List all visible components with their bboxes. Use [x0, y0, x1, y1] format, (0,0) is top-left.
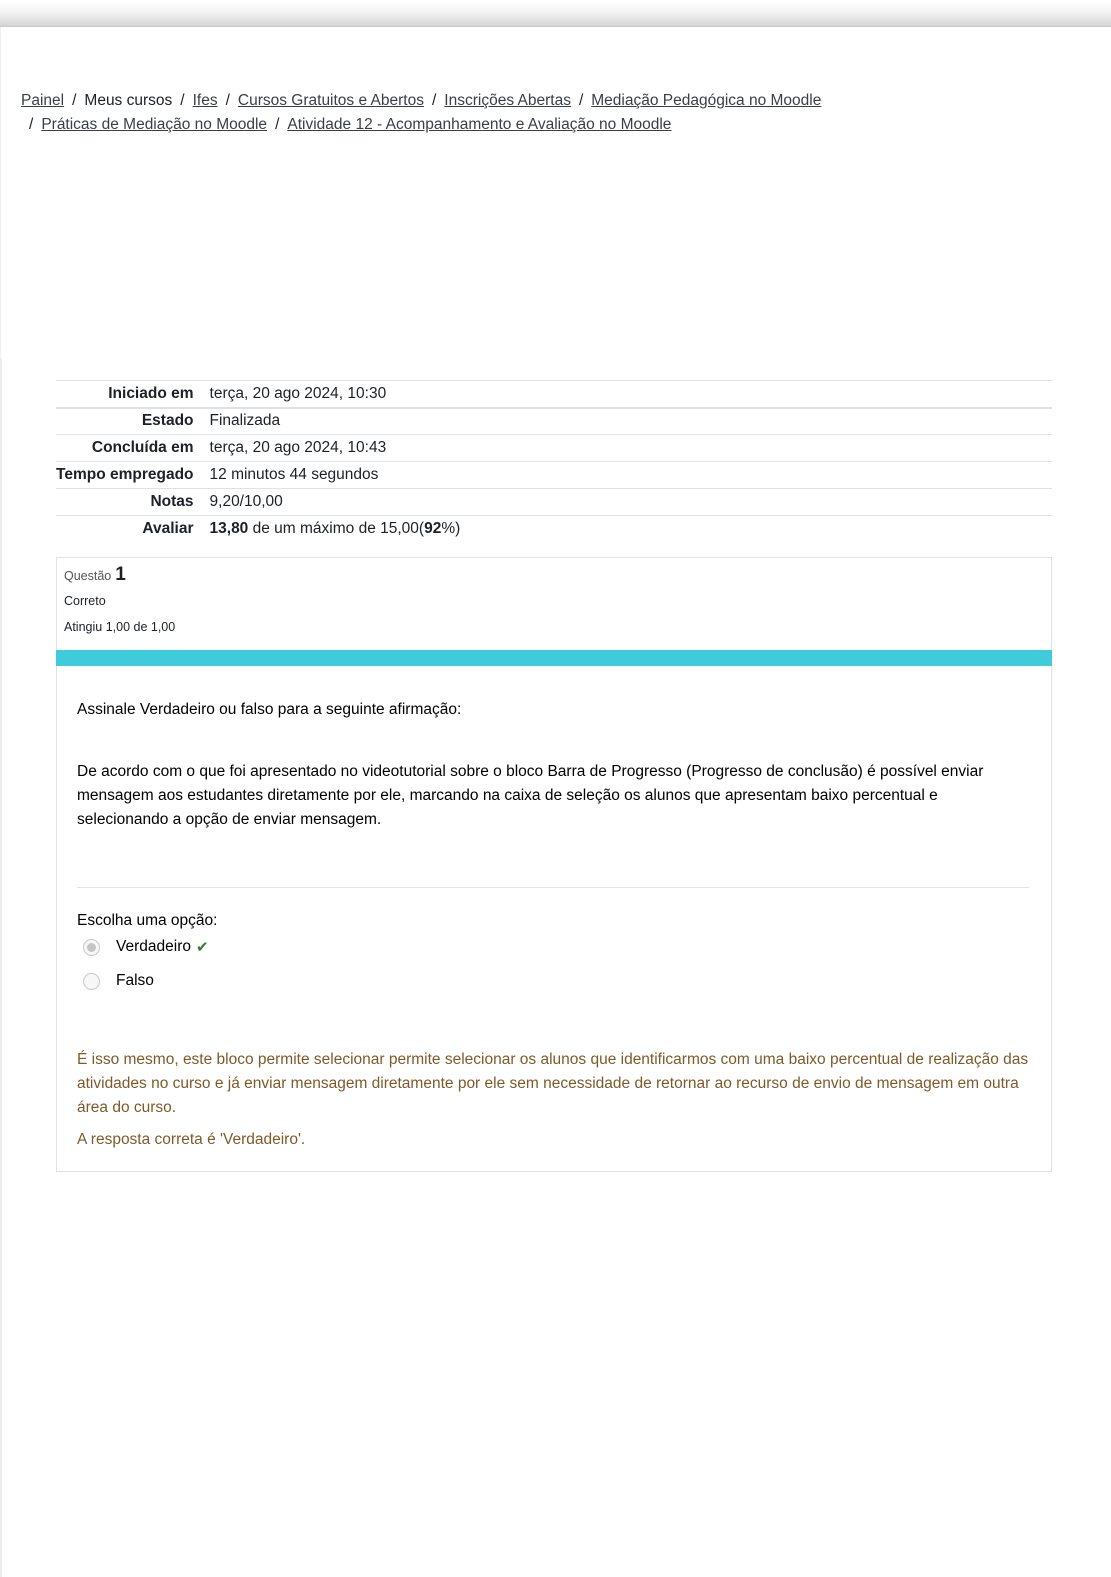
- summary-label: Iniciado em: [56, 381, 210, 408]
- summary-label: Estado: [56, 408, 210, 435]
- breadcrumb-praticas-mediacao[interactable]: Práticas de Mediação no Moodle: [41, 116, 267, 133]
- breadcrumb-mediacao-pedagogica[interactable]: Mediação Pedagógica no Moodle: [591, 92, 821, 109]
- grade-percent: 92: [424, 520, 441, 537]
- question-divider: [77, 887, 1029, 888]
- breadcrumb-separator: /: [571, 92, 591, 109]
- grade-suffix: %): [441, 520, 460, 537]
- summary-row-started: Iniciado em terça, 20 ago 2024, 10:30: [56, 381, 1052, 408]
- summary-value: terça, 20 ago 2024, 10:30: [210, 381, 1052, 408]
- breadcrumb-ifes[interactable]: Ifes: [193, 92, 218, 109]
- summary-row-time-taken: Tempo empregado 12 minutos 44 segundos: [56, 462, 1052, 489]
- option-label: Verdadeiro: [116, 938, 191, 956]
- question-text: Assinale Verdadeiro ou falso para a segu…: [77, 698, 1032, 832]
- question-number: Questão 1: [64, 564, 1044, 586]
- question-label: Questão: [64, 569, 111, 583]
- question-feedback: É isso mesmo, este bloco permite selecio…: [77, 1048, 1032, 1152]
- radio-dot: [87, 943, 96, 952]
- radio-unselected[interactable]: [83, 973, 100, 990]
- answer-prompt: Escolha uma opção:: [77, 912, 217, 930]
- summary-grade-value: 13,80 de um máximo de 15,00(92%): [210, 516, 1052, 543]
- breadcrumb-separator: /: [64, 92, 84, 109]
- question-number-value: 1: [115, 564, 126, 586]
- summary-label: Concluída em: [56, 435, 210, 462]
- question-card: Questão 1 Correto Atingiu 1,00 de 1,00 A…: [56, 557, 1052, 1172]
- question-intro: Assinale Verdadeiro ou falso para a segu…: [77, 698, 1032, 722]
- grade-score: 13,80: [210, 520, 249, 537]
- summary-label: Avaliar: [56, 516, 210, 543]
- summary-value: 12 minutos 44 segundos: [210, 462, 1052, 489]
- top-navbar-shadow: [0, 0, 1111, 27]
- breadcrumb-meus-cursos: Meus cursos: [84, 92, 172, 109]
- question-body: De acordo com o que foi apresentado no v…: [77, 760, 1032, 832]
- summary-row-completed: Concluída em terça, 20 ago 2024, 10:43: [56, 435, 1052, 462]
- summary-label: Notas: [56, 489, 210, 516]
- breadcrumb-inscricoes-abertas[interactable]: Inscrições Abertas: [444, 92, 571, 109]
- breadcrumb-painel[interactable]: Painel: [21, 92, 64, 109]
- summary-value: 9,20/10,00: [210, 489, 1052, 516]
- summary-row-marks: Notas 9,20/10,00: [56, 489, 1052, 516]
- option-verdadeiro[interactable]: Verdadeiro ✔: [83, 938, 209, 956]
- summary-label: Tempo empregado: [56, 462, 210, 489]
- question-state: Correto: [64, 594, 1044, 608]
- question-info: Questão 1 Correto Atingiu 1,00 de 1,00: [57, 558, 1051, 640]
- general-feedback: É isso mesmo, este bloco permite selecio…: [77, 1048, 1032, 1120]
- breadcrumb-atividade-12[interactable]: Atividade 12 - Acompanhamento e Avaliaçã…: [287, 116, 671, 133]
- breadcrumb-separator: /: [267, 116, 287, 133]
- grade-middle: de um máximo de 15,00(: [248, 520, 424, 537]
- summary-row-grade: Avaliar 13,80 de um máximo de 15,00(92%): [56, 516, 1052, 543]
- option-label: Falso: [116, 972, 154, 990]
- option-falso[interactable]: Falso: [83, 972, 154, 990]
- content-left-border: [0, 358, 2, 1577]
- summary-value: Finalizada: [210, 408, 1052, 435]
- summary-row-state: Estado Finalizada: [56, 408, 1052, 435]
- breadcrumb-separator: /: [21, 116, 41, 133]
- breadcrumb-cursos-gratuitos[interactable]: Cursos Gratuitos e Abertos: [238, 92, 424, 109]
- question-mark: Atingiu 1,00 de 1,00: [64, 620, 1044, 634]
- question-header-strip: [56, 650, 1052, 666]
- breadcrumb-separator: /: [424, 92, 444, 109]
- right-answer: A resposta correta é 'Verdadeiro'.: [77, 1128, 1032, 1152]
- attempt-summary-table: Iniciado em terça, 20 ago 2024, 10:30 Es…: [56, 380, 1052, 543]
- radio-selected[interactable]: [83, 939, 100, 956]
- check-icon: ✔: [196, 938, 209, 956]
- breadcrumb-separator: /: [172, 92, 192, 109]
- breadcrumb: Painel/Meus cursos/Ifes/Cursos Gratuitos…: [21, 89, 1101, 137]
- breadcrumb-separator: /: [218, 92, 238, 109]
- summary-value: terça, 20 ago 2024, 10:43: [210, 435, 1052, 462]
